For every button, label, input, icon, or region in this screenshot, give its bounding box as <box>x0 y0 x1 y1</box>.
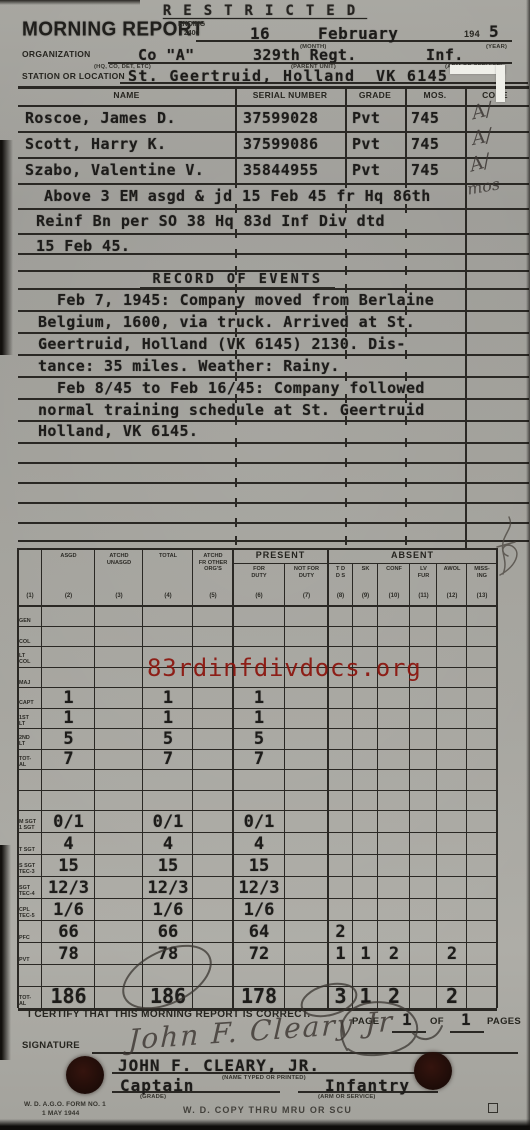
scanned-morning-report: { "classification": "RESTRICTED", "heade… <box>0 0 530 1130</box>
handwriting-overlay <box>0 0 530 1130</box>
handwritten-circle-186 <box>113 933 220 1021</box>
white-corner-bracket-vertical <box>496 65 505 102</box>
pencil-scribble-table-corner <box>500 545 517 575</box>
punch-hole-left <box>66 1056 104 1094</box>
punch-hole-right <box>414 1052 452 1090</box>
document-page: RESTRICTED MORNING REPORT ENDING 2400 16… <box>0 0 530 1130</box>
